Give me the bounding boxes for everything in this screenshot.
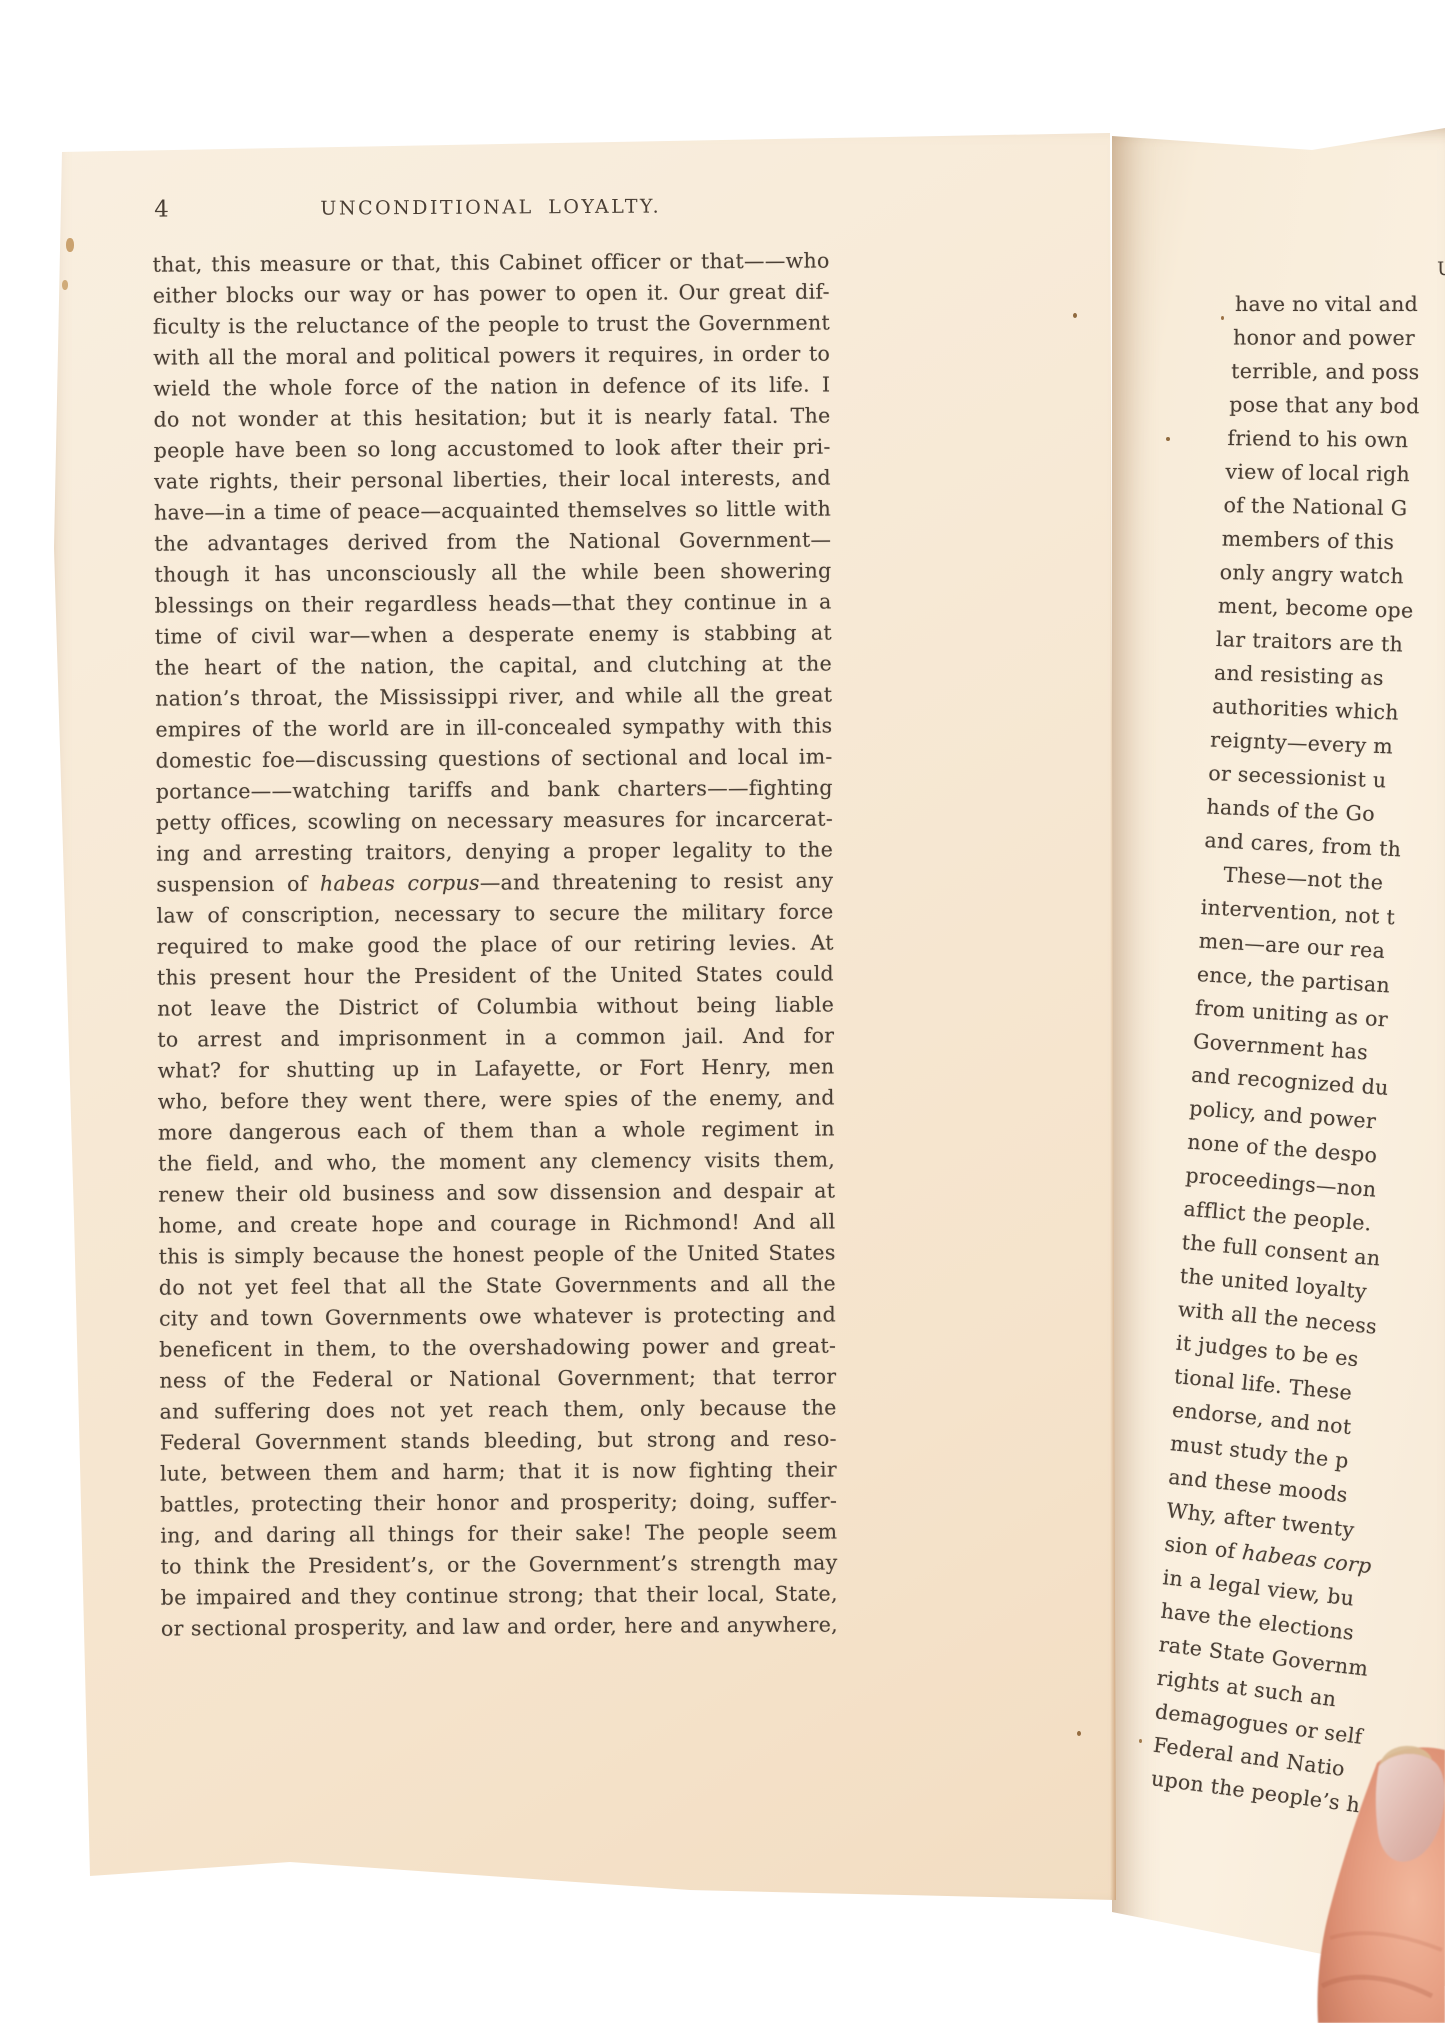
- text-run: ment, become ope: [1218, 594, 1414, 623]
- text-run: ing, and daring all things for their sak…: [160, 1519, 837, 1547]
- text-run: the field, and who, the moment any cleme…: [158, 1147, 835, 1175]
- text-run: reignty—every m: [1210, 728, 1394, 759]
- text-run: blessings on their regardless heads—that…: [155, 589, 832, 617]
- page-body-text: that, this measure or that, this Cabinet…: [153, 245, 839, 1644]
- text-line: beneficent in them, to the overshadowing…: [159, 1330, 836, 1365]
- text-line: be impaired and they continue strong; th…: [161, 1578, 838, 1613]
- text-run: have no vital and: [1235, 292, 1418, 316]
- text-run: hands of the Go: [1206, 795, 1375, 826]
- edge-chip: [66, 238, 74, 252]
- text-line: more dangerous each of them than a whole…: [158, 1113, 835, 1148]
- text-run: domestic foe—discussing questions of sec…: [156, 744, 833, 772]
- text-run: do not wonder at this hesitation; but it…: [153, 403, 830, 431]
- text-line: of the National G: [1223, 489, 1439, 526]
- text-line: petty offices, scowling on necessary mea…: [156, 803, 833, 838]
- text-line: people have been so long accustomed to l…: [154, 431, 831, 466]
- text-run: view of local righ: [1225, 460, 1410, 487]
- text-line: with all the moral and political powers …: [153, 338, 830, 373]
- text-run: more dangerous each of them than a whole…: [158, 1116, 835, 1144]
- text-line: blessings on their regardless heads—that…: [155, 586, 832, 621]
- text-line: renew their old business and sow dissens…: [158, 1175, 835, 1210]
- text-line: the field, and who, the moment any cleme…: [158, 1144, 835, 1179]
- text-run: the advantages derived from the National…: [154, 527, 831, 555]
- text-line: nation’s throat, the Mississippi river, …: [155, 679, 832, 714]
- text-line: this present hour the President of the U…: [157, 958, 834, 993]
- text-run: Federal Government stands bleeding, but …: [160, 1426, 837, 1454]
- text-run: suspension of: [156, 872, 320, 897]
- page-number: 4: [154, 197, 170, 223]
- text-line: pose that any bod: [1229, 389, 1444, 424]
- page-left: 4 UNCONDITIONAL LOYALTY. that, this meas…: [50, 118, 1118, 1910]
- text-line: home, and create hope and courage in Ric…: [158, 1206, 835, 1241]
- text-line: friend to his own: [1227, 422, 1442, 458]
- text-run: honor and power: [1233, 326, 1415, 351]
- text-run: do not yet feel that all the State Gover…: [159, 1271, 836, 1299]
- text-run: renew their old business and sow dissens…: [158, 1178, 835, 1206]
- text-line: ment, become ope: [1217, 590, 1433, 629]
- text-run: either blocks our way or has power to op…: [153, 279, 830, 307]
- text-run: required to make good the place of our r…: [157, 930, 834, 958]
- text-run: and cares, from th: [1204, 828, 1402, 861]
- text-run: or secessionist u: [1208, 761, 1387, 792]
- text-run: Government has: [1192, 1029, 1368, 1064]
- foxing-speck: [1073, 313, 1077, 318]
- text-run: only angry watch: [1220, 560, 1405, 588]
- text-line: only angry watch: [1219, 556, 1435, 594]
- italic-text: habeas corpus: [320, 871, 480, 896]
- text-line: ing, and daring all things for their sak…: [160, 1516, 837, 1551]
- text-line: time of civil war—when a desperate enemy…: [155, 617, 832, 652]
- text-run: this is simply because the honest people…: [159, 1240, 836, 1268]
- text-line: either blocks our way or has power to op…: [153, 276, 830, 311]
- text-run: friend to his own: [1227, 426, 1408, 452]
- text-line: empires of the world are in ill-conceale…: [155, 710, 832, 745]
- text-run: empires of the world are in ill-conceale…: [155, 713, 832, 741]
- text-line: vate rights, their personal liberties, t…: [154, 462, 831, 497]
- thumb: [1280, 1688, 1445, 2023]
- text-run: what? for shutting up in Lafayette, or F…: [157, 1054, 834, 1082]
- text-line: view of local righ: [1225, 456, 1440, 492]
- text-run: lute, between them and harm; that it is …: [160, 1457, 837, 1485]
- text-line: what? for shutting up in Lafayette, or F…: [157, 1051, 834, 1086]
- text-line: honor and power: [1233, 322, 1445, 356]
- text-run: with all the moral and political powers …: [153, 341, 830, 369]
- running-head-fragment: U: [1437, 258, 1445, 280]
- text-line: who, before they went there, were spies …: [158, 1082, 835, 1117]
- text-run: who, before they went there, were spies …: [158, 1085, 835, 1113]
- text-line: law of conscription, necessary to secure…: [156, 896, 833, 931]
- text-run: to arrest and imprisonment in a common j…: [157, 1023, 834, 1051]
- text-run: ence, the partisan: [1196, 962, 1390, 997]
- text-run: These—not the: [1202, 862, 1384, 895]
- text-run: to think the President’s, or the Governm…: [160, 1550, 837, 1578]
- text-line: ficulty is the reluctance of the people …: [153, 307, 830, 342]
- text-run: city and town Governments owe whatever i…: [159, 1302, 836, 1330]
- page-left-content: 4 UNCONDITIONAL LOYALTY. that, this meas…: [47, 115, 1126, 1913]
- text-run: the heart of the nation, the capital, an…: [155, 651, 832, 679]
- text-line: to think the President’s, or the Governm…: [160, 1547, 837, 1582]
- foxing-speck: [1221, 316, 1224, 320]
- text-run: be impaired and they continue strong; th…: [161, 1581, 838, 1609]
- book-photo: 4 UNCONDITIONAL LOYALTY. that, this meas…: [0, 0, 1445, 2023]
- text-run: ness of the Federal or National Governme…: [159, 1364, 836, 1392]
- text-run: portance——watching tariffs and bank char…: [156, 775, 833, 807]
- text-run: law of conscription, necessary to secure…: [157, 899, 834, 927]
- text-run: not leave the District of Columbia witho…: [157, 992, 834, 1020]
- text-line: ing and arresting traitors, denying a pr…: [156, 834, 833, 869]
- text-line: that, this measure or that, this Cabinet…: [153, 245, 830, 280]
- text-run: ficulty is the reluctance of the people …: [153, 310, 830, 338]
- text-run: nation’s throat, the Mississippi river, …: [155, 682, 832, 710]
- text-line: lute, between them and harm; that it is …: [160, 1454, 837, 1489]
- text-line: required to make good the place of our r…: [157, 927, 834, 962]
- text-run: vate rights, their personal liberties, t…: [154, 465, 831, 493]
- text-run: lar traitors are th: [1216, 627, 1404, 657]
- page-body-text: have no vital andhonor and powerterrible…: [1235, 288, 1445, 1773]
- text-run: and suffering does not yet reach them, o…: [160, 1395, 837, 1423]
- text-run: wield the whole force of the nation in d…: [153, 372, 830, 400]
- foxing-speck: [1139, 1739, 1142, 1743]
- text-line: domestic foe—discussing questions of sec…: [156, 741, 833, 776]
- text-run: sion of: [1163, 1532, 1243, 1564]
- text-run: people have been so long accustomed to l…: [154, 434, 831, 462]
- text-line: do not wonder at this hesitation; but it…: [153, 400, 830, 435]
- thumb-graphic: [1280, 1688, 1445, 2023]
- text-run: home, and create hope and courage in Ric…: [158, 1209, 835, 1237]
- text-run: petty offices, scowling on necessary mea…: [156, 806, 833, 834]
- text-line: suspension of habeas corpus—and threaten…: [156, 865, 833, 900]
- text-run: ing and arresting traitors, denying a pr…: [156, 837, 833, 865]
- text-line: this is simply because the honest people…: [159, 1237, 836, 1272]
- edge-chip: [62, 280, 68, 290]
- text-line: battles, protecting their honor and pros…: [160, 1485, 837, 1520]
- text-line: Federal Government stands bleeding, but …: [160, 1423, 837, 1458]
- text-run: pose that any bod: [1229, 393, 1419, 419]
- text-run: or sectional prosperity, and law and ord…: [161, 1612, 838, 1640]
- text-line: lar traitors are th: [1216, 623, 1432, 662]
- text-run: though it has unconsciously all the whil…: [154, 558, 831, 586]
- text-line: not leave the District of Columbia witho…: [157, 989, 834, 1024]
- text-run: this present hour the President of the U…: [157, 961, 834, 989]
- page-header: 4 UNCONDITIONAL LOYALTY.: [152, 190, 829, 228]
- text-line: the heart of the nation, the capital, an…: [155, 648, 832, 683]
- foxing-speck: [1077, 1731, 1081, 1736]
- text-run: of the National G: [1223, 493, 1407, 520]
- text-run: time of civil war—when a desperate enemy…: [155, 620, 832, 648]
- text-line: portance——watching tariffs and bank char…: [156, 772, 833, 807]
- text-line: or sectional prosperity, and law and ord…: [161, 1609, 838, 1644]
- text-run: have—in a time of peace—acquainted thems…: [154, 496, 831, 524]
- text-run: authorities which: [1212, 694, 1399, 725]
- text-run: and resisting as: [1214, 661, 1384, 691]
- text-line: and suffering does not yet reach them, o…: [160, 1392, 837, 1427]
- foxing-speck: [1166, 437, 1170, 441]
- text-line: wield the whole force of the nation in d…: [153, 369, 830, 404]
- text-line: the advantages derived from the National…: [154, 524, 831, 559]
- text-line: do not yet feel that all the State Gover…: [159, 1268, 836, 1303]
- text-line: terrible, and poss: [1231, 355, 1445, 389]
- running-head: UNCONDITIONAL LOYALTY.: [152, 190, 829, 220]
- text-run: members of this: [1221, 527, 1394, 555]
- text-run: intervention, not t: [1200, 895, 1395, 929]
- text-line: have no vital and: [1235, 288, 1445, 321]
- text-line: though it has unconsciously all the whil…: [154, 555, 831, 590]
- text-run: battles, protecting their honor and pros…: [160, 1488, 837, 1516]
- text-line: to arrest and imprisonment in a common j…: [157, 1020, 834, 1055]
- text-line: have—in a time of peace—acquainted thems…: [154, 493, 831, 528]
- text-run: terrible, and poss: [1231, 359, 1419, 384]
- text-run: that, this measure or that, this Cabinet…: [153, 248, 830, 276]
- text-run: beneficent in them, to the overshadowing…: [159, 1333, 836, 1361]
- text-line: ness of the Federal or National Governme…: [159, 1361, 836, 1396]
- text-run: men—are our rea: [1198, 929, 1386, 963]
- text-line: city and town Governments owe whatever i…: [159, 1299, 836, 1334]
- text-line: members of this: [1221, 523, 1437, 560]
- text-run: —and threatening to resist any: [480, 868, 834, 894]
